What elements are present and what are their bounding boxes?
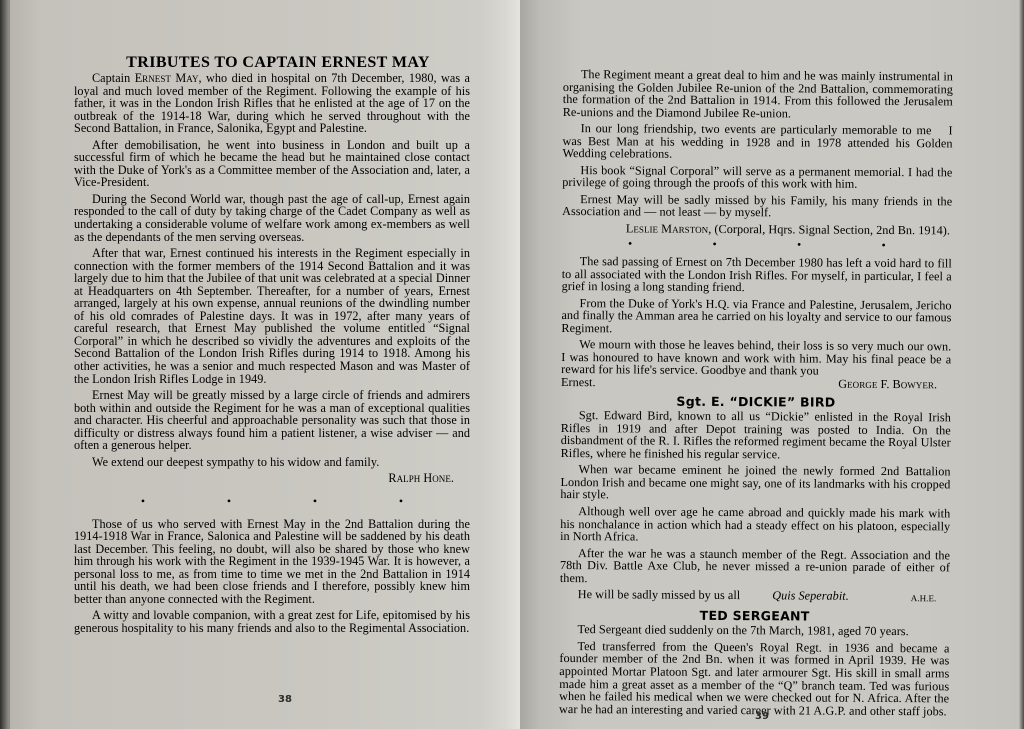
paragraph: Ernest May will be greatly missed by a l…	[74, 389, 470, 452]
separator-dot: •	[881, 239, 885, 252]
paragraph: Sgt. Edward Bird, known to all us “Dicki…	[561, 409, 951, 462]
heading-dickie-bird: Sgt. E. “DICKIE” BIRD	[561, 395, 951, 410]
paragraph: The sad passing of Ernest on 7th Decembe…	[562, 255, 952, 295]
closing-word: Ernest.	[561, 376, 596, 389]
book-spread: TRIBUTES TO CAPTAIN ERNEST MAY Captain E…	[0, 0, 1024, 729]
page-number-right: 39	[755, 711, 769, 722]
separator-dot: •	[227, 495, 231, 508]
right-page-text: The Regiment meant a great deal to him a…	[559, 68, 953, 722]
closing-row: He will be sadly missed by us all Quis S…	[560, 588, 950, 605]
closing-row: Ernest. George F. Bowyer.	[561, 376, 951, 391]
paragraph: When war became eminent he joined the ne…	[560, 463, 950, 503]
paragraph: After demobilisation, he went into busin…	[74, 139, 470, 189]
separator-dot: •	[141, 495, 145, 508]
paragraph: From the Duke of York's H.Q. via France …	[561, 297, 951, 337]
signature-george-bowyer: George F. Bowyer.	[838, 378, 951, 391]
paragraph: A witty and lovable companion, with a gr…	[74, 609, 470, 634]
separator-dot: •	[313, 495, 317, 508]
page-title: TRIBUTES TO CAPTAIN ERNEST MAY	[108, 54, 448, 72]
right-book-edge	[1018, 0, 1024, 729]
separator-dot: •	[797, 238, 801, 251]
paragraph: After the war he was a staunch member of…	[560, 547, 950, 587]
signature-ralph-hone: Ralph Hone.	[74, 472, 470, 485]
motto: Quis Seperabit.	[754, 589, 849, 604]
signature-name: Leslie Marston	[626, 221, 708, 236]
separator-dot: •	[399, 495, 403, 508]
paragraph: His book “Signal Corporal” will serve as…	[562, 164, 952, 191]
paragraph: Captain Ernest May, who died in hospital…	[74, 72, 470, 135]
page-number-left: 38	[278, 694, 292, 705]
heading-ted-sergeant: TED SERGEANT	[560, 609, 950, 624]
paragraph: In our long friendship, two events are p…	[562, 122, 952, 162]
separator-dot: •	[713, 237, 717, 250]
left-book-edge	[0, 0, 8, 729]
signature-detail: , (Corporal, Hqrs. Signal Section, 2nd B…	[708, 222, 950, 237]
signature-initials: A.H.E.	[893, 590, 937, 605]
paragraph: After that war, Ernest continued his int…	[74, 247, 470, 385]
paragraph: Ted transferred from the Queen's Royal R…	[559, 640, 949, 718]
paragraph: Those of us who served with Ernest May i…	[74, 518, 470, 606]
paragraph: Ernest May will be sadly missed by his F…	[562, 193, 952, 220]
left-page-text: Captain Ernest May, who died in hospital…	[74, 72, 470, 638]
paragraph: We mourn with those he leaves behind, th…	[561, 338, 951, 378]
paragraph: During the Second World war, though past…	[74, 193, 470, 243]
closing-line: He will be sadly missed by us all	[560, 588, 741, 604]
paragraph: The Regiment meant a great deal to him a…	[563, 68, 953, 121]
paragraph: We extend our deepest sympathy to his wi…	[74, 456, 470, 469]
section-separator: • • • •	[74, 491, 470, 518]
paragraph: Ted Sergeant died suddenly on the 7th Ma…	[560, 623, 950, 638]
signature-leslie-marston: Leslie Marston, (Corporal, Hqrs. Signal …	[562, 222, 952, 237]
paragraph: Although well over age he came abroad an…	[560, 505, 950, 545]
separator-dot: •	[628, 237, 632, 250]
